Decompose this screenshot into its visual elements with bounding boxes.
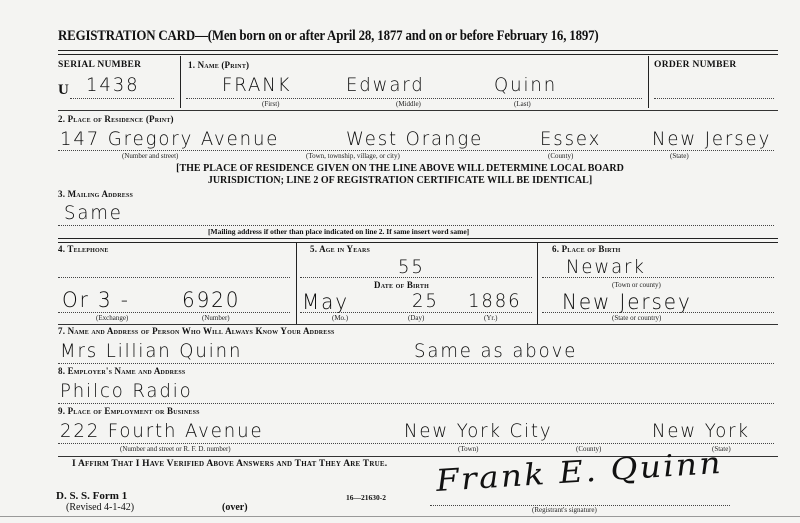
divider-age-birthplace — [537, 242, 538, 324]
residence-label: 2. Place of Residence (Print) — [58, 114, 174, 124]
registration-card: REGISTRATION CARD—(Men born on or after … — [0, 0, 800, 523]
rule-after-name — [58, 110, 778, 111]
contact-person-label: 7. Name and Address of Person Who Will A… — [58, 326, 335, 336]
card-bottom-edge — [0, 516, 800, 517]
divider-name-order — [648, 56, 649, 108]
mailing-address-value: Same — [64, 202, 123, 224]
birth-town-caption: (Town or county) — [612, 281, 661, 289]
residence-town-caption: (Town, township, village, or city) — [306, 152, 400, 160]
employment-street-caption: (Number and street or R. F. D. number) — [120, 445, 231, 453]
residence-county: Essex — [540, 128, 601, 150]
telephone-upper-line — [58, 277, 290, 278]
age-label: 5. Age in Years — [310, 244, 370, 254]
birth-state-caption: (State or country) — [612, 314, 661, 322]
serial-prefix: U — [58, 82, 69, 99]
rule-after-mailing — [58, 238, 778, 243]
mailing-address-label: 3. Mailing Address — [58, 189, 133, 199]
telephone-label: 4. Telephone — [58, 244, 109, 254]
contact-person-address: Same as above — [414, 340, 577, 362]
birth-day-caption: (Day) — [408, 314, 424, 322]
birth-day: 25 — [412, 290, 439, 312]
serial-line — [70, 98, 174, 99]
birth-state: New Jersey — [562, 290, 692, 314]
signature-caption: (Registrant's signature) — [532, 506, 597, 514]
birth-month-caption: (Mo.) — [332, 314, 348, 322]
residence-street: 147 Gregory Avenue — [60, 128, 279, 150]
age-value: 55 — [398, 256, 425, 278]
birth-town-line — [542, 277, 774, 278]
registrant-signature: Frank E. Quinn — [435, 446, 724, 499]
affirmation-text: I Affirm That I Have Verified Above Answ… — [72, 459, 387, 469]
employer-line — [58, 403, 774, 404]
residence-county-caption: (County) — [548, 152, 573, 160]
residence-line — [58, 150, 774, 151]
employment-town-caption: (Town) — [458, 445, 479, 453]
birth-town: Newark — [566, 256, 646, 278]
serial-number-label: SERIAL NUMBER — [58, 60, 141, 70]
employment-place-label: 9. Place of Employment or Business — [58, 406, 200, 416]
residence-notice-line2: JURISDICTION; LINE 2 OF REGISTRATION CER… — [0, 175, 800, 187]
employer-value: Philco Radio — [60, 380, 193, 402]
residence-state-caption: (State) — [670, 152, 689, 160]
order-number-line — [654, 98, 774, 99]
name-middle-caption: (Middle) — [396, 100, 421, 108]
employment-state: New York — [652, 420, 750, 442]
telephone-exchange: Or 3 - — [62, 288, 130, 312]
telephone-number-caption: (Number) — [202, 314, 230, 322]
residence-street-caption: (Number and street) — [122, 152, 178, 160]
employer-label: 8. Employer's Name and Address — [58, 366, 185, 376]
order-number-label: ORDER NUMBER — [654, 60, 737, 70]
contact-person-name: Mrs Lillian Quinn — [60, 340, 242, 362]
over-note: (over) — [222, 502, 248, 513]
name-last-caption: (Last) — [514, 100, 531, 108]
name-last: Quinn — [494, 74, 557, 96]
residence-town: West Orange — [346, 128, 483, 150]
name-label: 1. Name (Print) — [188, 60, 249, 70]
mailing-line — [58, 225, 774, 226]
place-of-birth-label: 6. Place of Birth — [552, 244, 621, 254]
name-first-caption: (First) — [262, 100, 280, 108]
birth-year: 1886 — [468, 290, 522, 312]
date-of-birth-label: Date of Birth — [374, 280, 429, 290]
employment-line — [58, 443, 774, 444]
birth-state-line — [542, 312, 774, 313]
residence-notice-line1: [THE PLACE OF RESIDENCE GIVEN ON THE LIN… — [0, 163, 800, 175]
name-first: FRANK — [222, 74, 291, 96]
telephone-line — [58, 312, 290, 313]
name-middle: Edward — [346, 74, 425, 96]
divider-phone-age — [296, 242, 297, 324]
form-name: D. S. S. Form 1 — [56, 490, 127, 502]
card-title: REGISTRATION CARD—(Men born on or after … — [58, 28, 599, 45]
birth-year-caption: (Yr.) — [484, 314, 497, 322]
mailing-address-note: [Mailing address if other than place ind… — [208, 227, 469, 236]
employment-county-caption: (County) — [576, 445, 601, 453]
dob-line — [300, 312, 532, 313]
serial-number-value: 1438 — [86, 74, 140, 96]
title-double-rule — [58, 50, 778, 55]
employment-street: 222 Fourth Avenue — [60, 420, 263, 442]
age-line — [300, 277, 532, 278]
telephone-exchange-caption: (Exchange) — [96, 314, 128, 322]
residence-state: New Jersey — [652, 128, 771, 150]
form-revision: (Revised 4-1-42) — [66, 502, 134, 513]
birth-month: May — [302, 290, 349, 314]
divider-serial-name — [180, 56, 181, 108]
rule-after-birth — [58, 324, 778, 325]
print-code: 16—21630-2 — [346, 493, 386, 502]
telephone-number: 6920 — [182, 288, 240, 312]
employment-town: New York City — [404, 420, 552, 442]
contact-line — [58, 363, 774, 364]
name-line — [186, 98, 642, 99]
